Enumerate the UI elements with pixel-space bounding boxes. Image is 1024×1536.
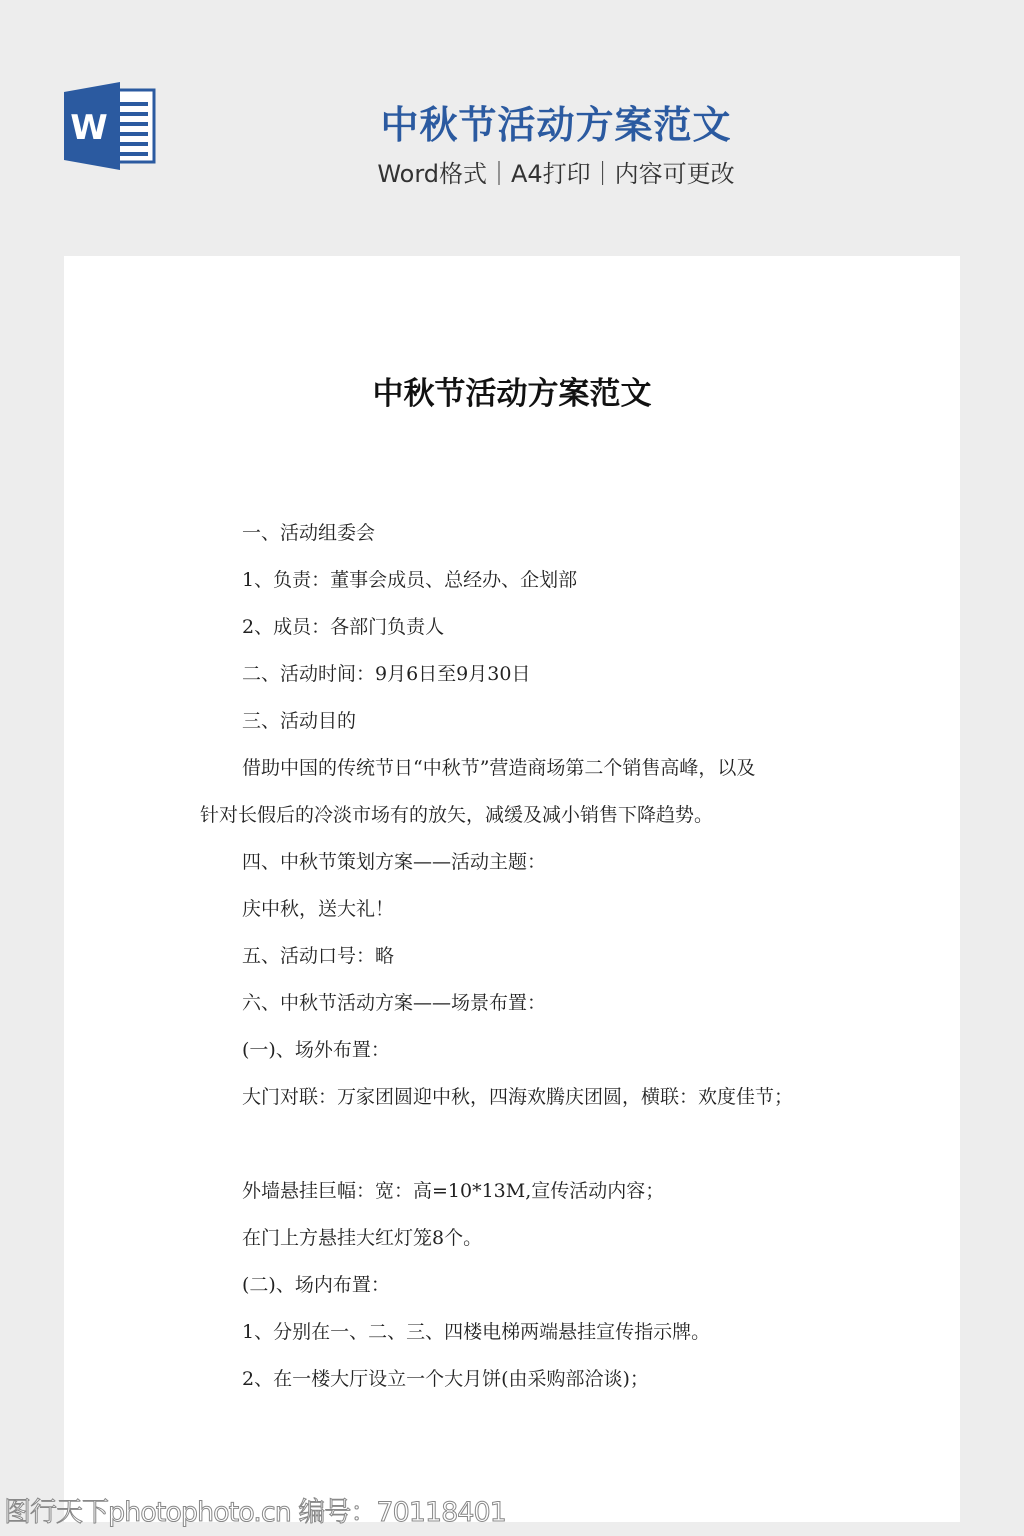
word-document-icon: W (64, 82, 156, 170)
paragraph: (二)、场内布置： (242, 1270, 390, 1297)
paragraph: 二、活动时间：9月6日至9月30日 (242, 659, 530, 686)
document-page: 中秋节活动方案范文 一、活动组委会 1、负责：董事会成员、总经办、企划部 2、成… (64, 256, 960, 1522)
paragraph: 1、负责：董事会成员、总经办、企划部 (242, 565, 577, 592)
paragraph: 在门上方悬挂大红灯笼8个。 (242, 1223, 482, 1250)
header-title: 中秋节活动方案范文 (300, 94, 812, 149)
paragraph: 五、活动口号：略 (242, 941, 394, 968)
paragraph: 1、分别在一、二、三、四楼电梯两端悬挂宣传指示牌。 (242, 1317, 710, 1344)
paragraph: 借助中国的传统节日“中秋节”营造商场第二个销售高峰，以及 (242, 753, 755, 780)
header-subtitle: Word格式｜A4打印｜内容可更改 (300, 154, 812, 189)
paragraph: 针对长假后的冷淡市场有的放矢，减缓及减小销售下降趋势。 (200, 800, 713, 827)
paragraph: 大门对联：万家团圆迎中秋，四海欢腾庆团圆，横联：欢度佳节； (242, 1082, 793, 1109)
svg-text:W: W (70, 108, 108, 148)
paragraph: 三、活动目的 (242, 706, 356, 733)
paragraph: 外墙悬挂巨幅：宽：高=10*13M,宣传活动内容； (242, 1176, 664, 1203)
paragraph: 四、中秋节策划方案——活动主题： (242, 847, 546, 874)
paragraph: 六、中秋节活动方案——场景布置： (242, 988, 546, 1015)
paragraph: 一、活动组委会 (242, 518, 375, 545)
paragraph: 2、在一楼大厅设立一个大月饼(由采购部洽谈)； (242, 1364, 649, 1391)
watermark: 图行天下photophoto.cn 编号：70118401 (4, 1490, 506, 1529)
document-body: 一、活动组委会 1、负责：董事会成员、总经办、企划部 2、成员：各部门负责人 二… (64, 256, 960, 1522)
paragraph: 庆中秋，送大礼！ (242, 894, 394, 921)
paragraph: (一)、场外布置： (242, 1035, 390, 1062)
header: W 中秋节活动方案范文 Word格式｜A4打印｜内容可更改 (0, 0, 1024, 256)
paragraph: 2、成员：各部门负责人 (242, 612, 444, 639)
